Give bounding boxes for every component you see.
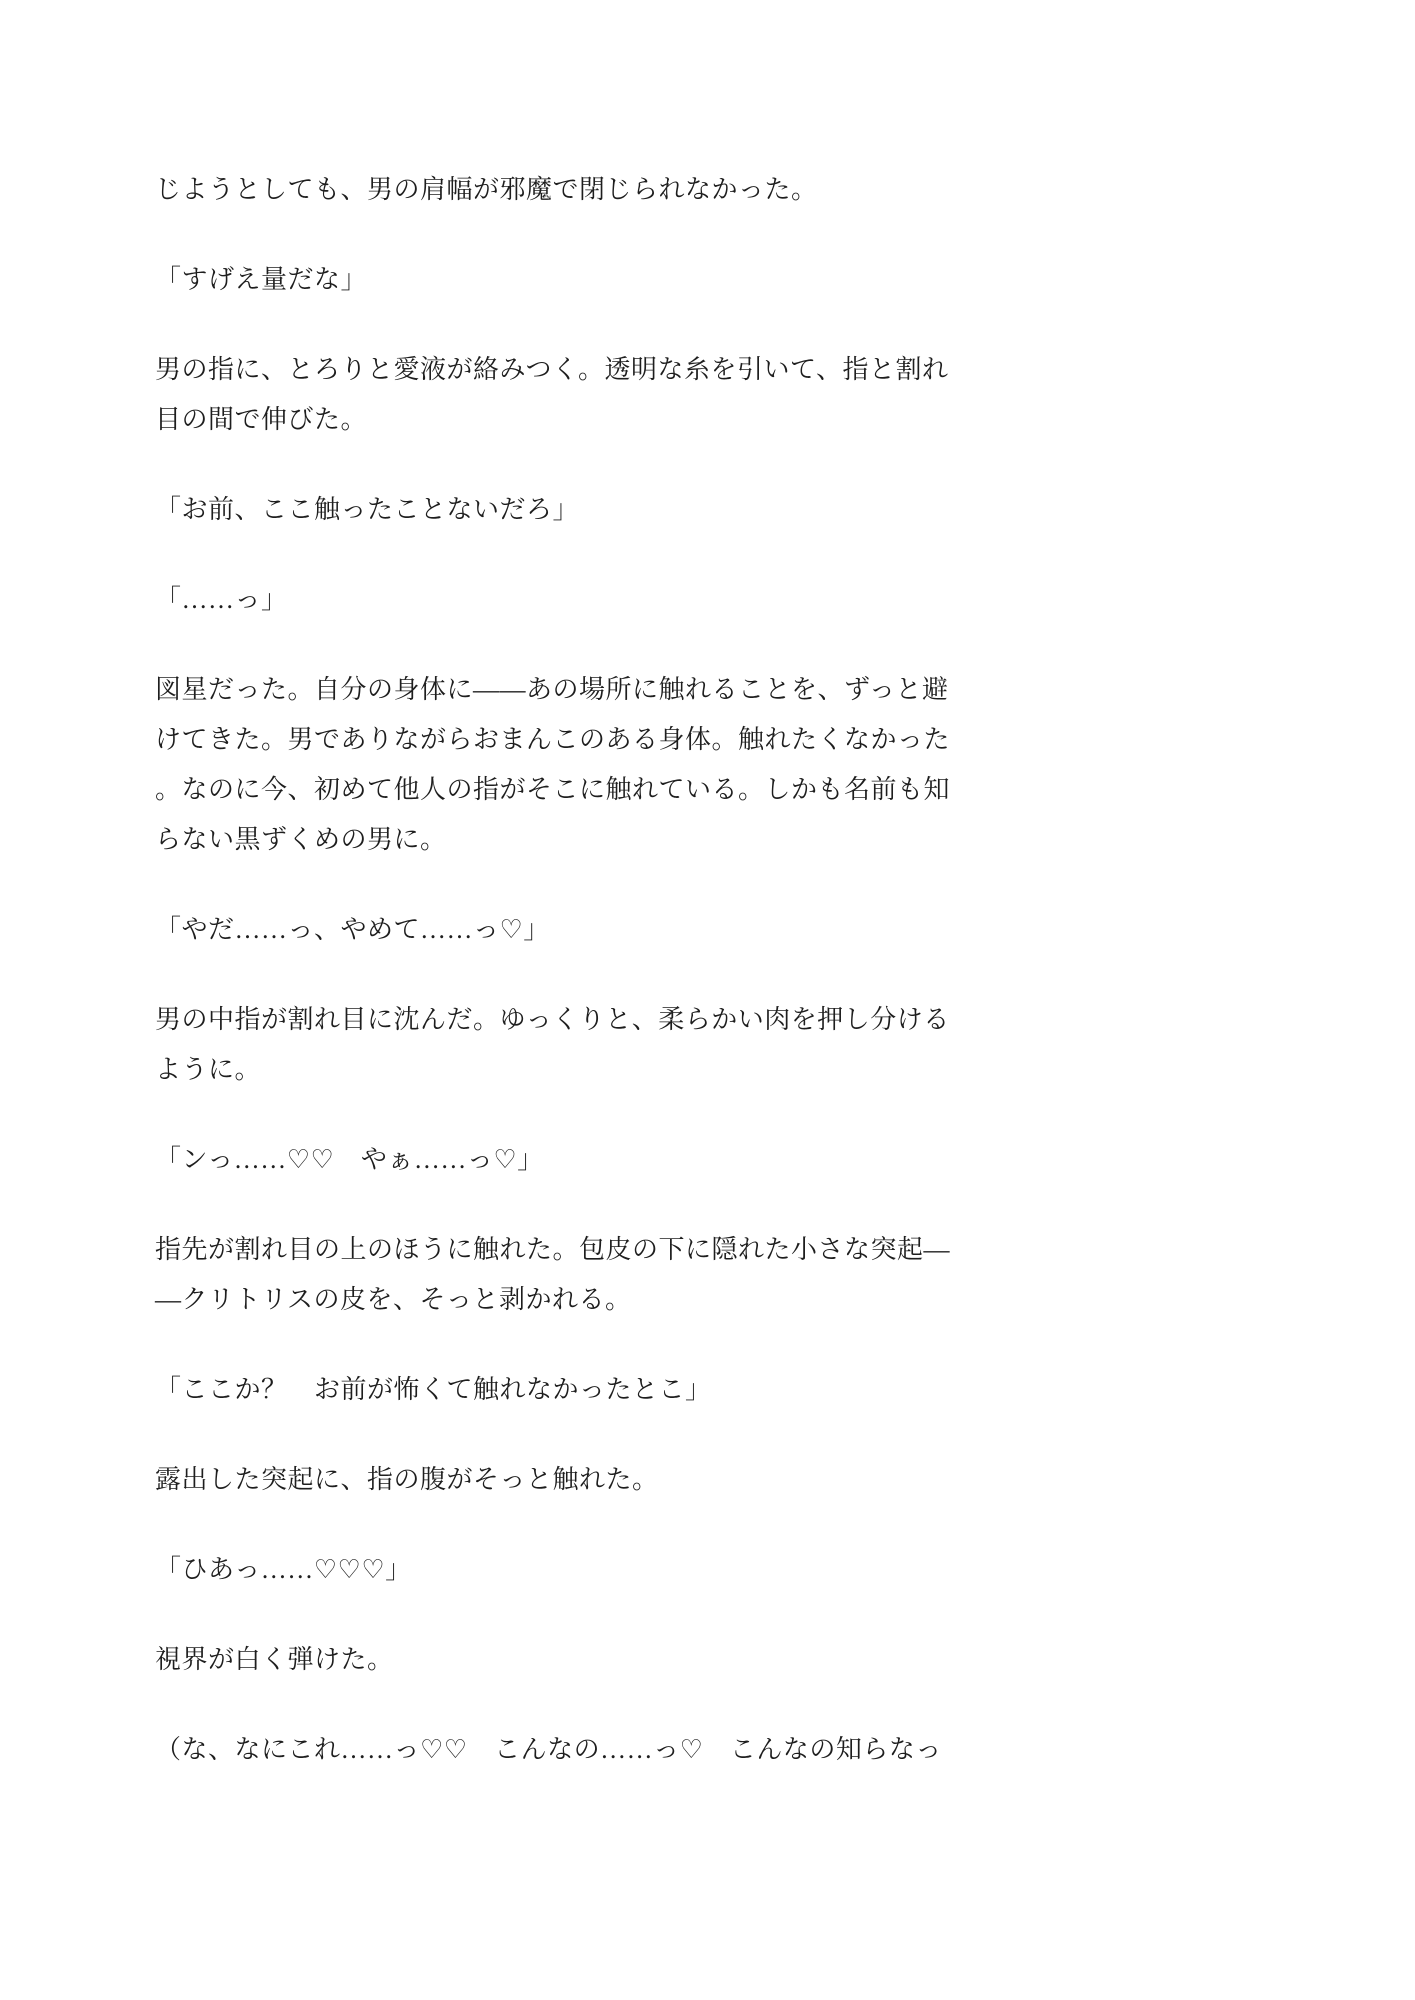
paragraph-15: （な、なにこれ……っ♡♡ こんなの……っ♡ こんなの知らなっ <box>155 1725 1000 1775</box>
paragraph-13: 「ひあっ……♡♡♡」 <box>155 1545 1000 1595</box>
paragraph-4: 「お前、ここ触ったことないだろ」 <box>155 485 1000 535</box>
paragraph-2: 「すげえ量だな」 <box>155 255 1000 305</box>
paragraph-12: 露出した突起に、指の腹がそっと触れた。 <box>155 1455 1000 1505</box>
paragraph-3: 男の指に、とろりと愛液が絡みつく。透明な糸を引いて、指と割れ 目の間で伸びた。 <box>155 345 1000 445</box>
paragraph-14: 視界が白く弾けた。 <box>155 1635 1000 1685</box>
paragraph-10: 指先が割れ目の上のほうに触れた。包皮の下に隠れた小さな突起— —クリトリスの皮を… <box>155 1225 1000 1325</box>
paragraph-6: 図星だった。自分の身体に——あの場所に触れることを、ずっと避 けてきた。男であり… <box>155 665 1000 865</box>
paragraph-8: 男の中指が割れ目に沈んだ。ゆっくりと、柔らかい肉を押し分ける ように。 <box>155 995 1000 1095</box>
paragraph-9: 「ンっ……♡♡ やぁ……っ♡」 <box>155 1135 1000 1185</box>
paragraph-1: じようとしても、男の肩幅が邪魔で閉じられなかった。 <box>155 165 1000 215</box>
paragraph-7: 「やだ……っ、やめて……っ♡」 <box>155 905 1000 955</box>
paragraph-11: 「ここか？ お前が怖くて触れなかったとこ」 <box>155 1365 1000 1415</box>
document-page: じようとしても、男の肩幅が邪魔で閉じられなかった。 「すげえ量だな」 男の指に、… <box>0 0 1415 2000</box>
document-body: じようとしても、男の肩幅が邪魔で閉じられなかった。 「すげえ量だな」 男の指に、… <box>155 165 1000 1815</box>
paragraph-5: 「……っ」 <box>155 575 1000 625</box>
